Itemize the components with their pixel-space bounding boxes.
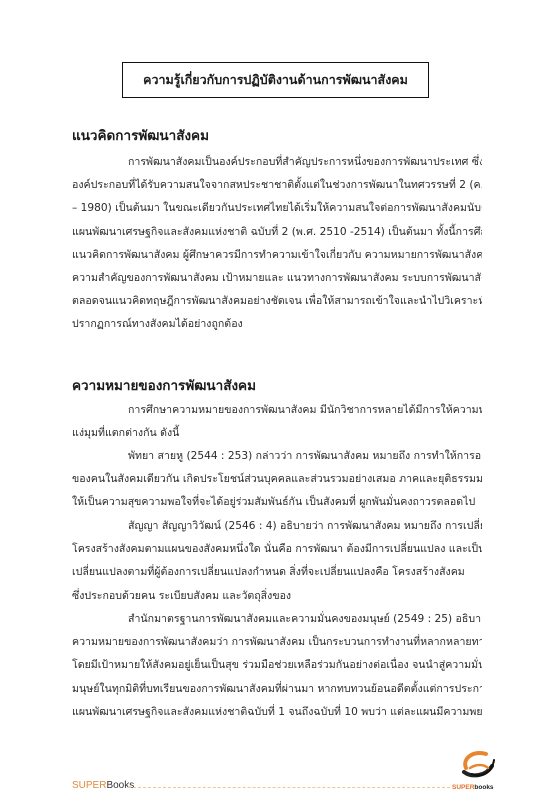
paragraph-line: พัทยา สายหู (2544 : 253) กล่าวว่า การพัฒ… [72, 445, 482, 468]
document-title-box: ความรู้เกี่ยวกับการปฏิบัติงานด้านการพัฒน… [122, 62, 429, 98]
paragraph-line: เปลี่ยนแปลงตามที่ผู้ต้องการเปลี่ยนแปลงกำ… [72, 561, 482, 584]
paragraph-line: สำนักมาตรฐานการพัฒนาสังคมและความมั่นคงขอ… [72, 608, 482, 631]
paragraph-line: มนุษย์ในทุกมิติที่บทเรียนของการพัฒนาสังค… [72, 678, 482, 701]
logo-wordmark: SUPERbooks [452, 784, 494, 791]
paragraph-line: ปรากฏการณ์ทางสังคมได้อย่างถูกต้อง [72, 313, 482, 336]
paragraph-line: ของคนในสังคมเดียวกัน เกิดประโยชน์ส่วนบุค… [72, 468, 482, 491]
footer-brand-super: SUPER [72, 780, 106, 791]
superbooks-logo: SUPERbooks [452, 748, 504, 794]
paragraph: พัทยา สายหู (2544 : 253) กล่าวว่า การพัฒ… [72, 445, 482, 515]
paragraph: การศึกษาความหมายของการพัฒนาสังคม มีนักวิ… [72, 399, 482, 445]
paragraph-line: แง่มุมที่แตกต่างกัน ดังนี้ [72, 422, 482, 445]
swirl-logo-icon [452, 748, 504, 786]
paragraph-line: การพัฒนาสังคมเป็นองค์ประกอบที่สำคัญประกา… [72, 151, 482, 174]
paragraph: การพัฒนาสังคมเป็นองค์ประกอบที่สำคัญประกา… [72, 151, 482, 337]
paragraph-line: แผนพัฒนาเศรษฐกิจและสังคมแห่งชาติ ฉบับที่… [72, 221, 482, 244]
paragraph-line: แนวคิดการพัฒนาสังคม ผู้ศึกษาควรมีการทำคว… [72, 244, 482, 267]
section-heading-meaning: ความหมายของการพัฒนาสังคม [72, 374, 256, 396]
footer-brand-books: Books [106, 780, 134, 791]
paragraph-line: ความสำคัญของการพัฒนาสังคม เป้าหมายและ แน… [72, 267, 482, 290]
paragraph-line: โครงสร้างสังคมตามแผนของสังคมหนึ่งใด นั่น… [72, 538, 482, 561]
paragraph-line: – 1980) เป็นต้นมา ในขณะเดียวกันประเทศไทย… [72, 197, 482, 220]
document-title: ความรู้เกี่ยวกับการปฏิบัติงานด้านการพัฒน… [143, 70, 408, 90]
paragraph-line: โดยมีเป้าหมายให้สังคมอยู่เย็นเป็นสุข ร่ว… [72, 654, 482, 677]
footer-dashed-rule [128, 787, 450, 788]
paragraph-line: ความหมายของการพัฒนาสังคมว่า การพัฒนาสังค… [72, 631, 482, 654]
paragraph-line: การศึกษาความหมายของการพัฒนาสังคม มีนักวิ… [72, 399, 482, 422]
paragraph-line: องค์ประกอบที่ได้รับความสนใจจากสหประชาชาต… [72, 174, 482, 197]
paragraph: สำนักมาตรฐานการพัฒนาสังคมและความมั่นคงขอ… [72, 608, 482, 724]
paragraph-line: สัญญา สัญญาวิวัฒน์ (2546 : 4) อธิบายว่า … [72, 515, 482, 538]
paragraph-line: ซึ่งประกอบด้วยคน ระเบียบสังคม และวัตถุสิ… [72, 585, 482, 608]
paragraph-line: ให้เป็นความสุขความพอใจที่จะได้อยู่ร่วมสั… [72, 491, 482, 514]
section-heading-concept: แนวคิดการพัฒนาสังคม [72, 124, 209, 146]
footer-brand: SUPERBooks [72, 780, 134, 791]
paragraph-line: ตลอดจนแนวคิดทฤษฎีการพัฒนาสังคมอย่างชัดเจ… [72, 290, 482, 313]
paragraph-line: แผนพัฒนาเศรษฐกิจและสังคมแห่งชาติฉบับที่ … [72, 701, 482, 724]
paragraph: สัญญา สัญญาวิวัฒน์ (2546 : 4) อธิบายว่า … [72, 515, 482, 608]
